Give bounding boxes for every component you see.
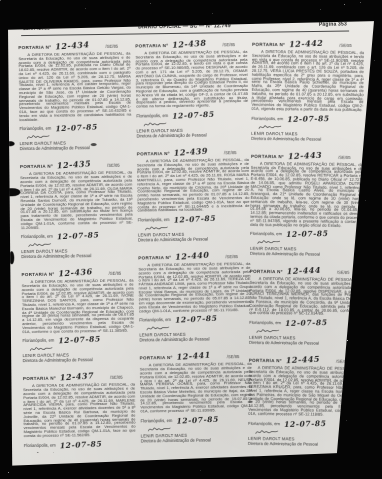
place-date-label: Florianópolis, em [248,420,280,425]
portaria-code: /SE/85 [109,271,122,276]
place-date-line: Florianópolis, em 12-07-85 [19,123,131,134]
place-date-label: Florianópolis, em [249,320,281,325]
portaria-entry: PORTARIA Nº 12-440 /SE/85 A DIRETORA DE … [138,250,251,343]
portaria-header: PORTARIA Nº 12-434 /SE/85 [18,40,130,52]
place-date-label: Florianópolis, em [22,338,54,343]
place-date-label: Florianópolis, em [136,113,168,118]
handwritten-date: 12-07-85 [286,229,329,239]
signer-title: Diretora de Administração de Pessoal [141,437,253,444]
place-date-line: Florianópolis, em 12-07-85 [24,439,136,450]
portaria-entry: PORTARIA Nº 12-437 /SE/85 A DIRETORA DE … [23,371,136,453]
portaria-number-handwritten: 12-445 [286,354,321,365]
portaria-entry: PORTARIA Nº 12-444 /SE/85 A DIRETORA DE … [249,265,362,346]
handwritten-date: 12-07-85 [176,414,219,425]
portaria-body-text: A DIRETORA DE ADMINISTRAÇÃO DE PESSOAL, … [138,262,251,313]
portaria-label: PORTARIA Nº [23,376,56,381]
portaria-header: PORTARIA Nº 12-441 /SE/85 [140,350,252,362]
portaria-code: /SE/85 [337,270,350,275]
portaria-body-text: A DIRETORA DE ADMINISTRAÇÃO DE PESSOAL, … [135,50,248,109]
signer-title: Diretora de Administração de Pessoal [249,340,361,346]
portaria-body-text: A DIRETORA DE ADMINISTRAÇÃO DE PESSOAL, … [18,52,131,122]
place-date-label: Florianópolis, em [139,317,171,322]
handwritten-date: 12-07-85 [57,231,100,242]
signature-scribble [258,123,282,131]
handwritten-date: 12-07-85 [285,318,328,328]
signer-title: Diretora de Administração de Pessoal [250,251,362,257]
signature-scribble [256,327,280,335]
portaria-code: /SE/85 [224,150,237,155]
portaria-code: /SE/85 [222,42,235,47]
portaria-label: PORTARIA Nº [250,269,283,274]
portaria-entry: PORTARIA Nº 12-439 /SE/85 A DIRETORA DE … [137,146,250,243]
portaria-number-handwritten: 12-438 [172,38,207,50]
portaria-header: PORTARIA Nº 12-436 /SE/85 [21,267,133,279]
portaria-header: PORTARIA Nº 12-442 /SE/85 [252,38,364,49]
portaria-code: /SE/85 [225,254,238,259]
portaria-header: PORTARIA Nº 12-440 /SE/85 [138,250,250,262]
column-2: PORTARIA Nº 12-438 /SE/85 A DIRETORA DE … [135,38,253,452]
portaria-label: PORTARIA Nº [252,42,285,47]
portaria-header: PORTARIA Nº 12-444 /SE/85 [250,265,362,276]
page-number-label: Página 353 [319,22,347,28]
place-date-label: Florianópolis, em [21,234,53,239]
handwritten-date: 12-07-85 [172,110,215,121]
place-date-line: Florianópolis, em 12-07-85 [139,314,251,325]
handwritten-date: 12-07-85 [287,114,330,124]
scan-dust-specks [0,0,1,1]
columns: PORTARIA Nº 12-434 /SE/85 A DIRETORA DE … [18,36,370,453]
portaria-code: /SE/85 [227,355,240,360]
place-date-label: Florianópolis, em [251,116,283,121]
portaria-entry: PORTARIA Nº 12-442 /SE/85 A DIRETORA DE … [251,38,364,142]
portaria-body-text: A DIRETORA DE ADMINISTRAÇÃO DE PESSOAL, … [140,362,253,413]
page-scan: 12.07.1985 DIÁRIO OFICIAL — SC — Nº 12.7… [0,0,382,479]
portaria-code: /SE/85 [339,43,352,48]
place-date-label: Florianópolis, em [250,231,282,236]
handwritten-date: 12-07-85 [175,314,218,325]
handwritten-date: 12-07-85 [58,335,101,346]
portaria-number-handwritten: 12-439 [173,146,208,158]
portaria-body-text: A DIRETORA DE ADMINISTRAÇÃO DE PESSOAL, … [20,171,133,230]
portaria-body-text: A DIRETORA DE ADMINISTRAÇÃO DE PESSOAL, … [22,279,135,334]
handwritten-date: 12-07-85 [55,123,98,134]
signer-title: Diretora de Administração de Pessoal [139,336,251,343]
portaria-body-text: A DIRETORA DE ADMINISTRAÇÃO DE PESSOAL, … [249,277,361,316]
handwritten-date: 12-07-85 [60,439,103,450]
portaria-label: PORTARIA Nº [138,255,171,260]
portaria-header: PORTARIA Nº 12-439 /SE/85 [137,146,249,158]
place-date-line: Florianópolis, em 12-07-85 [22,335,134,346]
column-1: PORTARIA Nº 12-434 /SE/85 A DIRETORA DE … [18,40,136,454]
signer-title: Diretora de Administração de Pessoal [251,136,363,142]
portaria-header: PORTARIA Nº 12-443 /SE/85 [251,150,363,161]
portaria-number-handwritten: 12-443 [288,149,323,160]
portaria-label: PORTARIA Nº [137,151,170,156]
place-date-line: Florianópolis, em 12-07-85 [138,214,250,225]
portaria-label: PORTARIA Nº [18,45,51,50]
place-date-label: Florianópolis, em [138,217,170,222]
portaria-entry: PORTARIA Nº 12-443 /SE/85 A DIRETORA DE … [250,150,363,258]
portaria-number-handwritten: 12-442 [289,38,324,49]
portaria-label: PORTARIA Nº [140,355,173,360]
place-date-label: Florianópolis, em [24,442,56,447]
portaria-number-handwritten: 12-441 [176,350,211,362]
signer-title: Diretora de Administração de Pessoal [138,236,250,243]
portaria-entry: PORTARIA Nº 12-436 /SE/85 A DIRETORA DE … [21,267,134,364]
portaria-header: PORTARIA Nº 12-445 /SE/85 [249,354,361,365]
signer-title: Diretora de Administração de Pessoal [23,357,135,364]
portaria-number-handwritten: 12-440 [175,250,210,262]
portaria-number-handwritten: 12-437 [60,371,95,383]
place-date-label: Florianópolis, em [19,126,51,131]
portaria-body-text: A DIRETORA DE ADMINISTRAÇÃO DE PESSOAL, … [23,383,136,438]
place-date-line: Florianópolis, em 12-07-85 [140,415,252,426]
portaria-body-text: A DIRETORA DE ADMINISTRAÇÃO DE PESSOAL, … [251,50,364,112]
page-content: 12.07.1985 DIÁRIO OFICIAL — SC — Nº 12.7… [0,0,382,479]
portaria-label: PORTARIA Nº [251,154,284,159]
signer-title: Diretora de Administração de Pessoal [20,145,132,152]
handwritten-date: 12-07-85 [173,214,216,225]
portaria-number-handwritten: 12-444 [287,265,322,276]
place-date-line: Florianópolis, em 12-07-85 [21,231,133,242]
portaria-body-text: A DIRETORA DE ADMINISTRAÇÃO DE PESSOAL, … [250,162,363,228]
portaria-entry: PORTARIA Nº 12-441 /SE/85 A DIRETORA DE … [140,350,253,443]
signature-scribble [31,449,55,453]
portaria-number-handwritten: 12-436 [58,267,93,279]
signer-title: Diretora de Administração de Pessoal [21,253,133,260]
place-date-label: Florianópolis, em [140,418,172,423]
portaria-code: /SE/85 [107,163,120,168]
portaria-label: PORTARIA Nº [135,43,168,48]
portaria-number-handwritten: 12-434 [55,40,90,52]
portaria-entry: PORTARIA Nº 12-435 /SE/85 A DIRETORA DE … [20,159,133,260]
portaria-entry: PORTARIA Nº 12-438 /SE/85 A DIRETORA DE … [135,38,248,139]
portaria-code: /SE/85 [338,155,351,160]
portaria-code: /SE/85 [110,375,123,380]
place-date-line: Florianópolis, em 12-07-85 [136,110,248,121]
portaria-header: PORTARIA Nº 12-438 /SE/85 [135,38,247,50]
portaria-entry: PORTARIA Nº 12-434 /SE/85 A DIRETORA DE … [18,40,132,152]
handwritten-date: 12-07-85 [284,419,327,429]
signature-scribble [255,428,279,436]
portaria-label: PORTARIA Nº [249,358,282,363]
portaria-code: /SE/85 [105,44,118,49]
signer-title: Diretora de Administração de Pessoal [137,132,249,139]
portaria-label: PORTARIA Nº [20,164,53,169]
portaria-header: PORTARIA Nº 12-435 /SE/85 [20,159,132,171]
portaria-label: PORTARIA Nº [21,272,54,277]
portaria-body-text: A DIRETORA DE ADMINISTRAÇÃO DE PESSOAL, … [137,158,250,213]
portaria-header: PORTARIA Nº 12-437 /SE/85 [23,371,135,383]
signature-scribble [257,238,281,246]
portaria-number-handwritten: 12-435 [57,159,92,171]
